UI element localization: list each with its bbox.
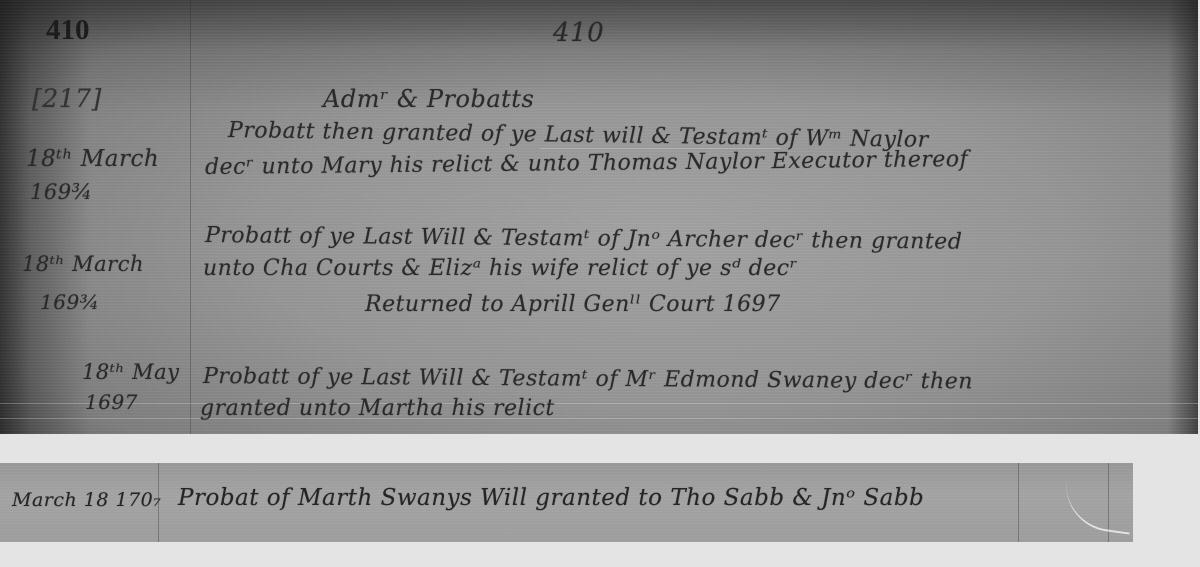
entry-2-text-line2: unto Cha Courts & Elizᵃ his wife relict … [203, 256, 798, 281]
entry-1-date: 18ᵗʰ March [26, 146, 159, 172]
ruled-line [0, 418, 1198, 419]
document-scan-strip: March 18 170₇ Probat of Marth Swanys Wil… [0, 463, 1133, 542]
entry-3-text-line1: Probatt of ye Last Will & Testamᵗ of Mʳ … [203, 364, 973, 394]
document-scan-main: 410 410 [217] Admʳ & Probatts 18ᵗʰ March… [0, 0, 1198, 434]
entry-2-date: 18ᵗʰ March [22, 252, 144, 276]
folio-number: 410 [553, 18, 604, 48]
strip-date: March 18 170₇ [12, 489, 161, 511]
entry-2-text-line3: Returned to Aprill Genˡˡ Court 1697 [365, 292, 781, 317]
entry-3-date: 18ᵗʰ May [82, 360, 180, 384]
entry-2-text-line1: Probatt of ye Last Will & Testamᵗ of Jnᵒ… [205, 223, 963, 255]
entry-reference: [217] [32, 84, 102, 113]
ruled-line [0, 403, 1198, 404]
margin-rule [190, 0, 191, 434]
entry-2-year: 169¾ [40, 290, 100, 314]
strip-text: Probat of Marth Swanys Will granted to T… [178, 485, 924, 511]
paper-crack [1060, 478, 1133, 534]
entry-3-year: 1697 [85, 390, 138, 414]
strip-column-rule [1018, 463, 1019, 542]
entry-1-year: 169¾ [30, 180, 92, 204]
entry-3-text-line2: granted unto Martha his relict [200, 396, 555, 421]
section-heading: Admʳ & Probatts [323, 85, 534, 113]
page-number: 410 [46, 14, 90, 47]
entry-1-text-line2: decʳ unto Mary his relict & unto Thomas … [205, 147, 968, 180]
